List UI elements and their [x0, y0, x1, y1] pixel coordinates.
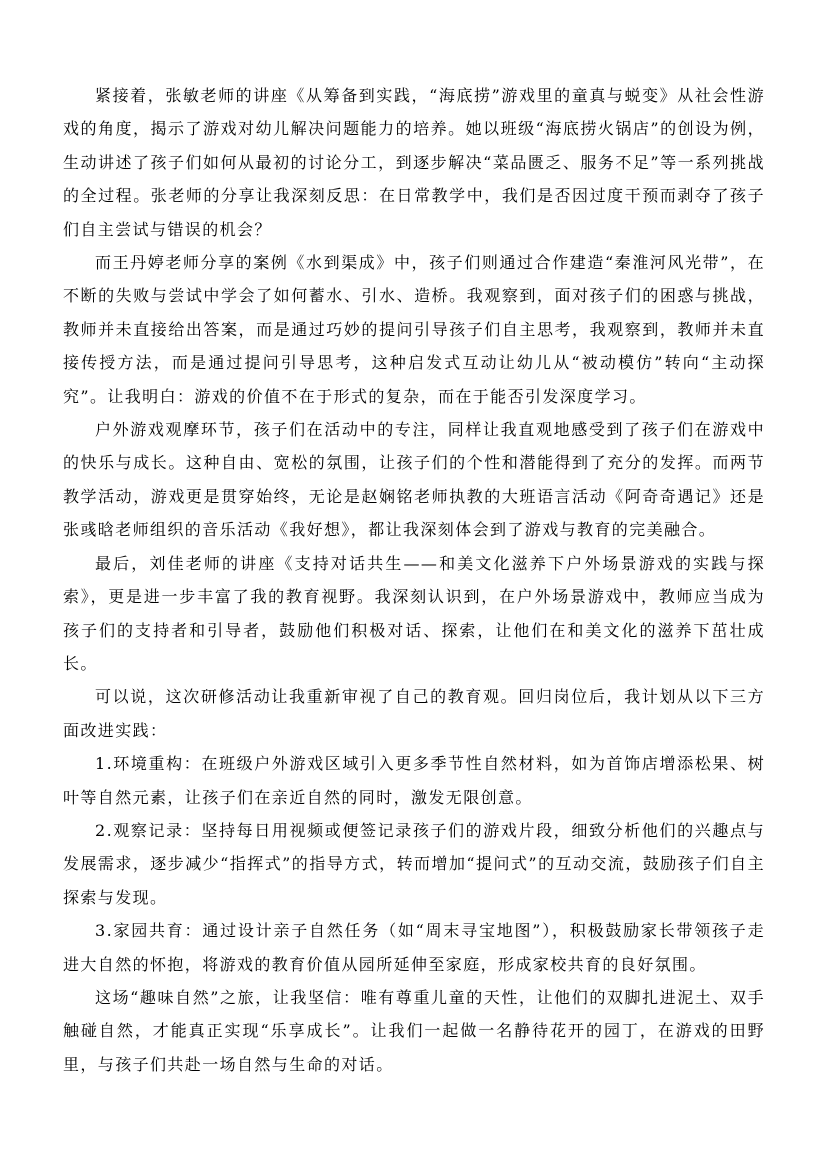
paragraph-1: 紧接着，张敏老师的讲座《从筹备到实践，“海底捞”游戏里的童真与蜕变》从社会性游戏…: [63, 79, 765, 246]
paragraph-4: 最后，刘佳老师的讲座《支持对话共生——和美文化滋养下户外场景游戏的实践与探索》，…: [63, 547, 765, 681]
paragraph-6: 1.环境重构：在班级户外游戏区域引入更多季节性自然材料，如为首饰店增添松果、树叶…: [63, 747, 765, 814]
paragraph-9: 这场“趣味自然”之旅，让我坚信：唯有尊重儿童的天性，让他们的双脚扎进泥土、双手触…: [63, 981, 765, 1081]
paragraph-8: 3.家园共育：通过设计亲子自然任务（如“周末寻宝地图”），积极鼓励家长带领孩子走…: [63, 914, 765, 981]
paragraph-2: 而王丹婷老师分享的案例《水到渠成》中，孩子们则通过合作建造“秦淮河风光带”，在不…: [63, 246, 765, 413]
paragraph-5: 可以说，这次研修活动让我重新审视了自己的教育观。回归岗位后，我计划从以下三方面改…: [63, 680, 765, 747]
document-body: 紧接着，张敏老师的讲座《从筹备到实践，“海底捞”游戏里的童真与蜕变》从社会性游戏…: [63, 79, 765, 1081]
document-page: 紧接着，张敏老师的讲座《从筹备到实践，“海底捞”游戏里的童真与蜕变》从社会性游戏…: [0, 0, 827, 1170]
paragraph-7: 2.观察记录：坚持每日用视频或便签记录孩子们的游戏片段，细致分析他们的兴趣点与发…: [63, 814, 765, 914]
paragraph-3: 户外游戏观摩环节，孩子们在活动中的专注，同样让我直观地感受到了孩子们在游戏中的快…: [63, 413, 765, 547]
